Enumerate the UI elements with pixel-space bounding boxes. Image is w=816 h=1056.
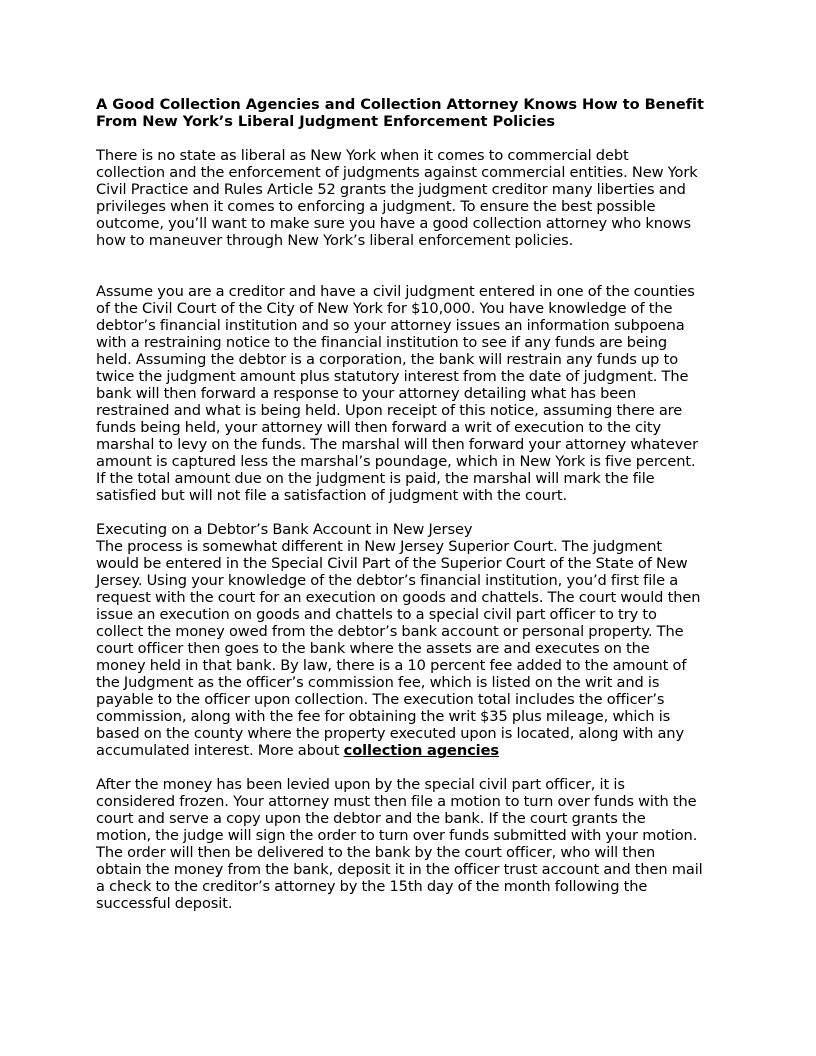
- text-line: marshal to levy on the funds. The marsha…: [96, 436, 726, 453]
- text-line: Jersey. Using your knowledge of the debt…: [96, 572, 726, 589]
- text-line: money held in that bank. By law, there i…: [96, 657, 726, 674]
- text-line: a check to the creditor’s attorney by th…: [96, 878, 726, 895]
- text-line: considered frozen. Your attorney must th…: [96, 793, 726, 810]
- text-line-with-link: accumulated interest. More about collect…: [96, 742, 726, 759]
- text-line: There is no state as liberal as New York…: [96, 147, 726, 164]
- text-line: If the total amount due on the judgment …: [96, 470, 726, 487]
- collection-agencies-link[interactable]: collection agencies: [344, 742, 499, 759]
- text-line: based on the county where the property e…: [96, 725, 726, 742]
- title-line: A Good Collection Agencies and Collectio…: [96, 96, 726, 113]
- paragraph-new-york-process: Assume you are a creditor and have a civ…: [96, 283, 726, 504]
- article-title: A Good Collection Agencies and Collectio…: [96, 96, 726, 130]
- paragraph-intro: There is no state as liberal as New York…: [96, 147, 726, 249]
- text-line: The process is somewhat different in New…: [96, 538, 726, 555]
- text-line: debtor’s financial institution and so yo…: [96, 317, 726, 334]
- paragraph-new-jersey-process: Executing on a Debtor’s Bank Account in …: [96, 521, 726, 759]
- text-line: with a restraining notice to the financi…: [96, 334, 726, 351]
- text-line: outcome, you’ll want to make sure you ha…: [96, 215, 726, 232]
- text-line: commission, along with the fee for obtai…: [96, 708, 726, 725]
- text-line: amount is captured less the marshal’s po…: [96, 453, 726, 470]
- text-line: the Judgment as the officer’s commission…: [96, 674, 726, 691]
- text-line: collect the money owed from the debtor’s…: [96, 623, 726, 640]
- text-line: funds being held, your attorney will the…: [96, 419, 726, 436]
- text-line: motion, the judge will sign the order to…: [96, 827, 726, 844]
- text-line: court and serve a copy upon the debtor a…: [96, 810, 726, 827]
- text-line: bank will then forward a response to you…: [96, 385, 726, 402]
- text-line: how to maneuver through New York’s liber…: [96, 232, 726, 249]
- section-subheading: Executing on a Debtor’s Bank Account in …: [96, 521, 726, 538]
- text-line: would be entered in the Special Civil Pa…: [96, 555, 726, 572]
- text-line: After the money has been levied upon by …: [96, 776, 726, 793]
- text-line: Civil Practice and Rules Article 52 gran…: [96, 181, 726, 198]
- text-line: held. Assuming the debtor is a corporati…: [96, 351, 726, 368]
- title-line: From New York’s Liberal Judgment Enforce…: [96, 113, 726, 130]
- text-line: obtain the money from the bank, deposit …: [96, 861, 726, 878]
- text-line: successful deposit.: [96, 895, 726, 912]
- document-page: A Good Collection Agencies and Collectio…: [96, 96, 726, 912]
- text-line: collection and the enforcement of judgme…: [96, 164, 726, 181]
- text-line: The order will then be delivered to the …: [96, 844, 726, 861]
- text-line: payable to the officer upon collection. …: [96, 691, 726, 708]
- text-line: request with the court for an execution …: [96, 589, 726, 606]
- text-line: issue an execution on goods and chattels…: [96, 606, 726, 623]
- text-fragment: accumulated interest. More about: [96, 742, 344, 759]
- text-line: Assume you are a creditor and have a civ…: [96, 283, 726, 300]
- paragraph-turnover-process: After the money has been levied upon by …: [96, 776, 726, 912]
- text-line: privileges when it comes to enforcing a …: [96, 198, 726, 215]
- text-line: of the Civil Court of the City of New Yo…: [96, 300, 726, 317]
- text-line: twice the judgment amount plus statutory…: [96, 368, 726, 385]
- text-line: satisfied but will not file a satisfacti…: [96, 487, 726, 504]
- text-line: court officer then goes to the bank wher…: [96, 640, 726, 657]
- text-line: restrained and what is being held. Upon …: [96, 402, 726, 419]
